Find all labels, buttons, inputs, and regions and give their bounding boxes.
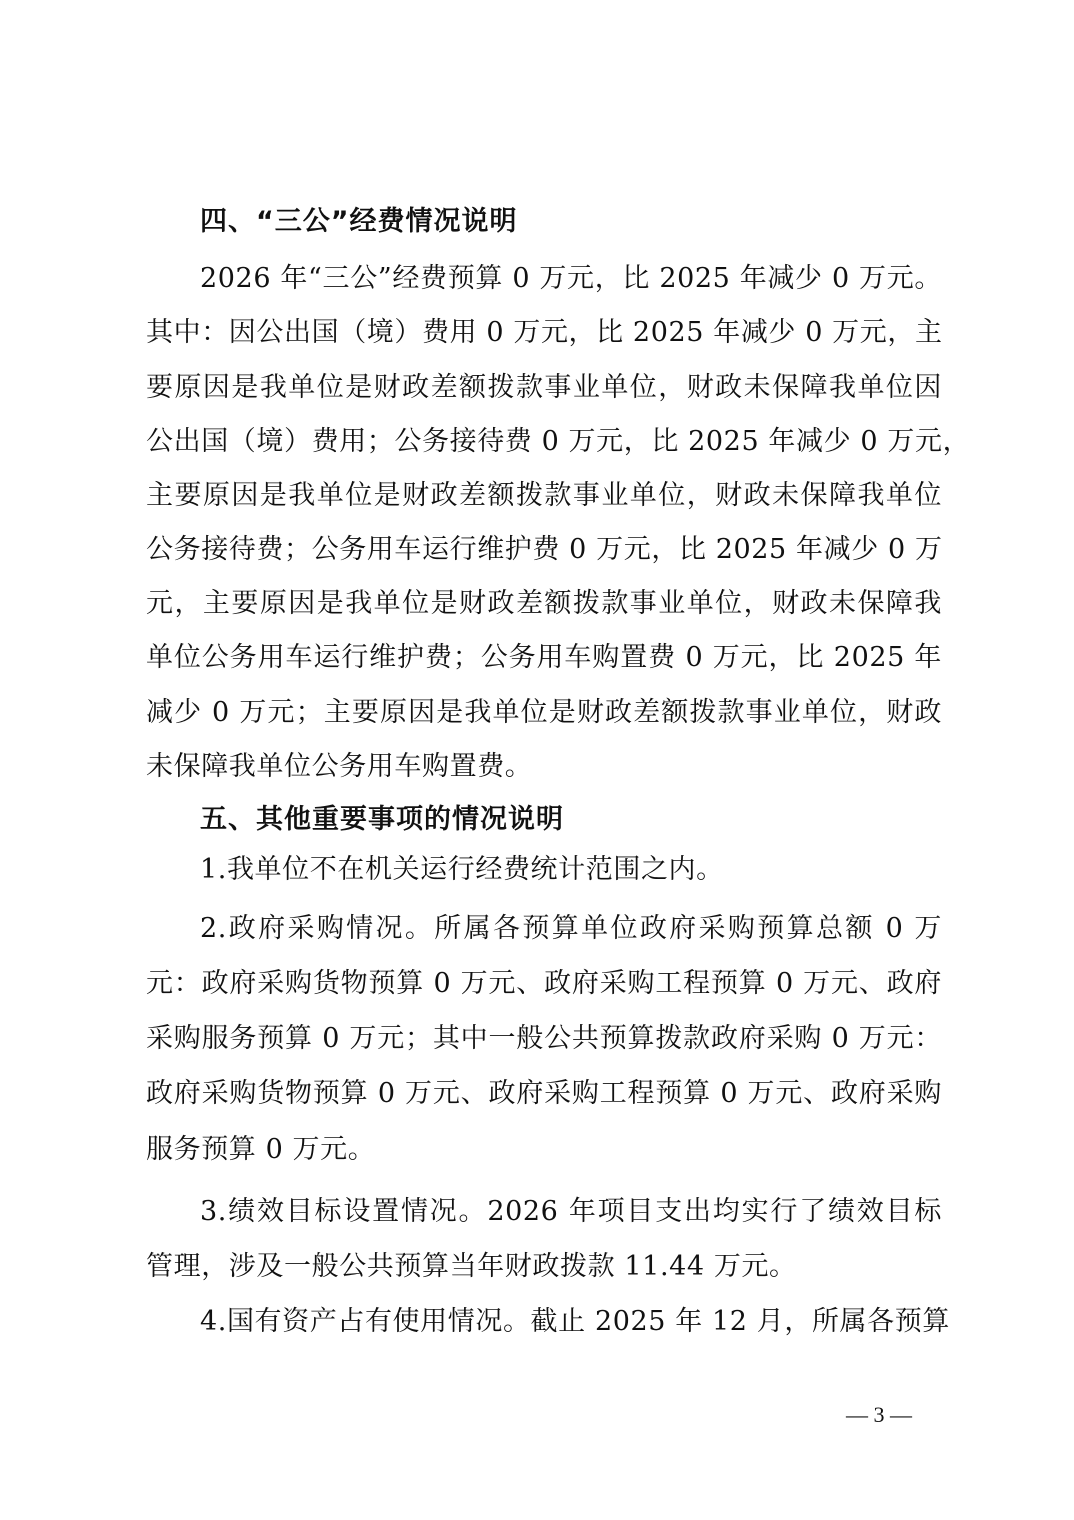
paragraph-line: 减少 0 万元；主要原因是我单位是财政差额拨款事业单位，财政: [146, 696, 942, 730]
paragraph-line: 2026 年“三公”经费预算 0 万元，比 2025 年减少 0 万元。: [200, 262, 942, 296]
paragraph-line: 单位公务用车运行维护费；公务用车购置费 0 万元，比 2025 年: [146, 641, 942, 675]
paragraph-line: 其中：因公出国（境）费用 0 万元，比 2025 年减少 0 万元，主: [146, 316, 942, 350]
paragraph-line: 要原因是我单位是财政差额拨款事业单位，财政未保障我单位因: [146, 371, 942, 405]
item-2-line: 采购服务预算 0 万元；其中一般公共预算拨款政府采购 0 万元：: [146, 1022, 942, 1056]
paragraph-line: 元，主要原因是我单位是财政差额拨款事业单位，财政未保障我: [146, 587, 942, 621]
paragraph-line: 公出国（境）费用；公务接待费 0 万元，比 2025 年减少 0 万元，: [146, 425, 942, 459]
item-2-line: 服务预算 0 万元。: [146, 1133, 942, 1167]
section-5-heading: 五、其他重要事项的情况说明: [200, 803, 564, 837]
item-4-line: 4.国有资产占有使用情况。截止 2025 年 12 月，所属各预算: [200, 1305, 942, 1339]
item-3-line: 管理，涉及一般公共预算当年财政拨款 11.44 万元。: [146, 1250, 942, 1284]
item-3-line: 3.绩效目标设置情况。2026 年项目支出均实行了绩效目标: [200, 1195, 942, 1229]
page-number: — 3 —: [846, 1402, 912, 1428]
paragraph-line: 主要原因是我单位是财政差额拨款事业单位，财政未保障我单位: [146, 479, 942, 513]
paragraph-line: 公务接待费；公务用车运行维护费 0 万元，比 2025 年减少 0 万: [146, 533, 942, 567]
item-2-line: 元：政府采购货物预算 0 万元、政府采购工程预算 0 万元、政府: [146, 967, 942, 1001]
section-4-heading: 四、“三公”经费情况说明: [200, 205, 518, 239]
document-page: 四、“三公”经费情况说明 2026 年“三公”经费预算 0 万元，比 2025 …: [0, 0, 1074, 1520]
item-2-line: 政府采购货物预算 0 万元、政府采购工程预算 0 万元、政府采购: [146, 1077, 942, 1111]
item-1-line: 1.我单位不在机关运行经费统计范围之内。: [200, 853, 942, 887]
paragraph-line: 未保障我单位公务用车购置费。: [146, 750, 942, 784]
item-2-line: 2.政府采购情况。所属各预算单位政府采购预算总额 0 万: [200, 912, 942, 946]
